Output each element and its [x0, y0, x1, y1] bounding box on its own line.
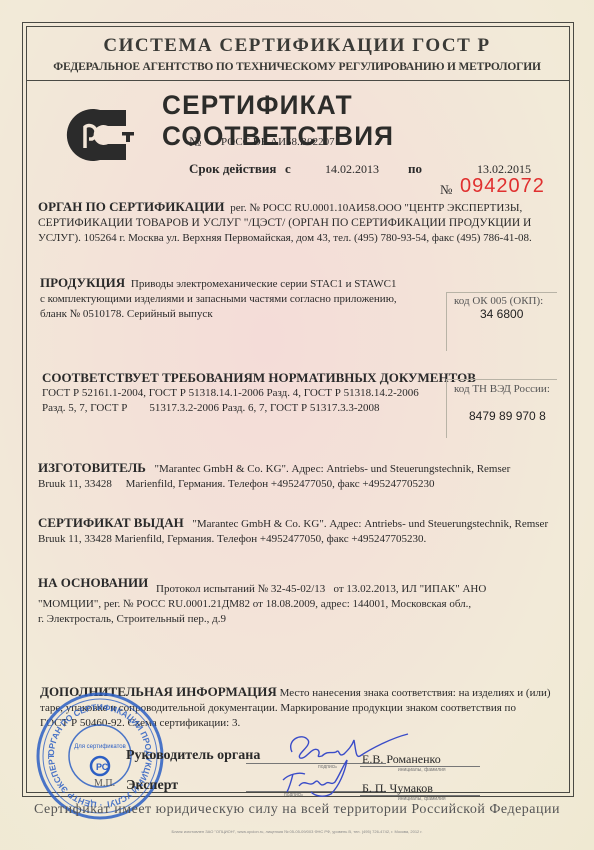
svg-text:Для сертификатов: Для сертификатов — [74, 744, 126, 750]
tnved-code-value: 8479 89 970 8 — [469, 409, 557, 423]
okp-code-value: 34 6800 — [480, 307, 557, 321]
system-title: СИСТЕМА СЕРТИФИКАЦИИ ГОСТ Р — [0, 35, 594, 57]
manufacturer-label: ИЗГОТОВИТЕЛЬ — [38, 460, 146, 475]
manufacturer-section: ИЗГОТОВИТЕЛЬ "Marantec GmbH & Co. KG". А… — [38, 460, 510, 492]
validity-label: Срок действия — [189, 161, 276, 177]
validity-from-label: с — [285, 161, 291, 177]
head-label: Руководитель органа — [126, 748, 260, 764]
serial-label: № — [440, 182, 452, 198]
rst-mark-icon — [64, 108, 136, 162]
product-label: ПРОДУКЦИЯ — [40, 275, 125, 290]
okp-code-label: код ОК 005 (ОКП): — [454, 295, 557, 307]
form-printer-fine-print: Бланк изготовлен ЗАО "ОПЦИОН", www.opcio… — [0, 829, 594, 834]
head-name-caption: инициалы, фамилия — [398, 767, 446, 773]
valid-from-date: 14.02.2013 — [325, 162, 379, 177]
validity-to-label: по — [408, 161, 422, 177]
header-divider — [26, 80, 569, 81]
issued-to-label: СЕРТИФИКАТ ВЫДАН — [38, 515, 184, 530]
conformity-label: СООТВЕТСТВУЕТ ТРЕБОВАНИЯМ НОРМАТИВНЫХ ДО… — [42, 370, 476, 385]
okp-code-box: код ОК 005 (ОКП): 34 6800 — [446, 292, 557, 351]
issued-to-section: СЕРТИФИКАТ ВЫДАН "Marantec GmbH & Co. KG… — [38, 515, 548, 547]
expert-label: Эксперт — [126, 778, 178, 794]
expert-signature-icon — [275, 758, 355, 800]
agency-name: ФЕДЕРАЛЬНОЕ АГЕНТСТВО ПО ТЕХНИЧЕСКОМУ РЕ… — [0, 61, 594, 73]
svg-text:РС: РС — [96, 762, 109, 772]
number-label: № — [189, 134, 201, 150]
tnved-code-box: код ТН ВЭД России: 8479 89 970 8 — [446, 379, 557, 438]
expert-name: Б. П. Чумаков — [362, 781, 433, 796]
legal-validity-note: Сертификат имеет юридическую силу на все… — [0, 802, 594, 818]
certificate-number: РОСС DE.АИ58.В02207 — [221, 136, 335, 148]
certification-body: ОРГАН ПО СЕРТИФИКАЦИИ рег. № РОСС RU.000… — [38, 199, 532, 246]
product-section: ПРОДУКЦИЯ Приводы электромеханические се… — [40, 275, 397, 322]
tnved-code-label: код ТН ВЭД России: — [454, 383, 557, 395]
basis-section: Протокол испытаний № 32-45-02/13 от 13.0… — [38, 582, 486, 627]
head-name: Е.В. Романенко — [362, 752, 441, 767]
certification-body-label: ОРГАН ПО СЕРТИФИКАЦИИ — [38, 199, 225, 214]
serial-number: 0942072 — [460, 175, 545, 198]
conformity-section: СООТВЕТСТВУЕТ ТРЕБОВАНИЯМ НОРМАТИВНЫХ ДО… — [42, 370, 476, 416]
svg-text:М.П.: М.П. — [94, 778, 115, 789]
